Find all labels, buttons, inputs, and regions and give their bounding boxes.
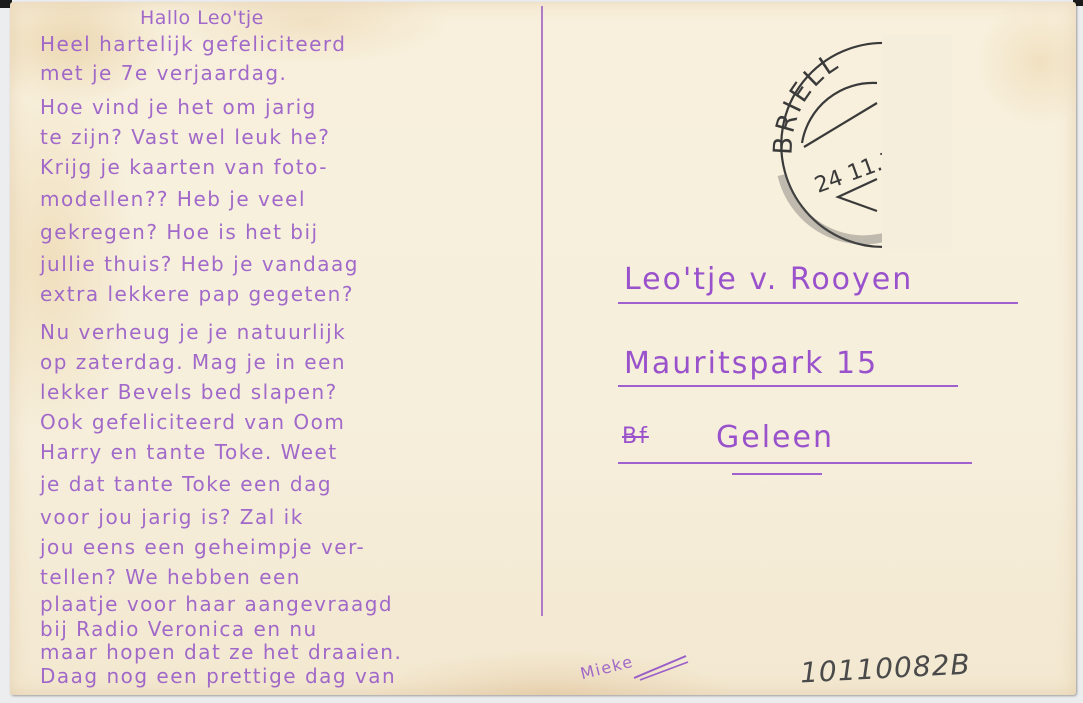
message-line: je dat tante Toke een dag bbox=[40, 472, 332, 496]
message-line: op zaterdag. Mag je in een bbox=[40, 350, 346, 374]
message-line: Hoe vind je het om jarig bbox=[40, 95, 317, 119]
postmark-city: BRIELL bbox=[768, 47, 845, 156]
message-greeting: Hallo Leo'tje bbox=[140, 6, 264, 30]
postcard-back: Hallo Leo'tje Heel hartelijk gefelicitee… bbox=[10, 2, 1076, 695]
address-underline bbox=[618, 302, 1018, 304]
address-struck-prefix: Bf bbox=[622, 424, 649, 449]
message-line: met je 7e verjaardag. bbox=[40, 61, 287, 85]
message-line: maar hopen dat ze het draaien. bbox=[40, 640, 402, 664]
address-city: Geleen bbox=[716, 420, 834, 455]
address-underline bbox=[618, 462, 972, 464]
message-line: modellen?? Heb je veel bbox=[40, 187, 306, 211]
signature-flourish-icon bbox=[630, 652, 690, 682]
message-line: Ook gefeliciteerd van Oom bbox=[40, 410, 345, 434]
message-line: voor jou jarig is? Zal ik bbox=[40, 505, 304, 529]
message-line: Krijg je kaarten van foto- bbox=[40, 155, 328, 179]
message-line: jou eens een geheimpje ver- bbox=[40, 535, 365, 559]
message-line: lekker Bevels bed slapen? bbox=[40, 380, 338, 404]
postcard-divider-line bbox=[541, 6, 543, 616]
message-line: Harry en tante Toke. Weet bbox=[40, 440, 338, 464]
archive-number: 10110082B bbox=[799, 648, 971, 690]
address-underline bbox=[618, 385, 958, 387]
message-signature: Mieke bbox=[578, 650, 636, 686]
address-name: Leo'tje v. Rooyen bbox=[624, 262, 913, 297]
message-line: Nu verheug je je natuurlijk bbox=[40, 320, 346, 344]
message-line: plaatje voor haar aangevraagd bbox=[40, 592, 393, 616]
message-line: bij Radio Veronica en nu bbox=[40, 617, 318, 641]
message-line: jullie thuis? Heb je vandaag bbox=[40, 252, 359, 276]
message-line: extra lekkere pap gegeten? bbox=[40, 282, 354, 306]
message-line: Daag nog een prettige dag van bbox=[40, 664, 396, 688]
message-line: gekregen? Hoe is het bij bbox=[40, 220, 319, 244]
postmark-stamp-icon: BRIELL 24 11.7 bbox=[752, 35, 952, 249]
address-street: Mauritspark 15 bbox=[624, 346, 878, 381]
message-line: te zijn? Vast wel leuk he? bbox=[40, 125, 330, 149]
svg-text:BRIELL: BRIELL bbox=[768, 47, 845, 156]
message-line: tellen? We hebben een bbox=[40, 565, 301, 589]
address-underline bbox=[732, 473, 822, 475]
message-line: Heel hartelijk gefeliciteerd bbox=[40, 32, 347, 56]
